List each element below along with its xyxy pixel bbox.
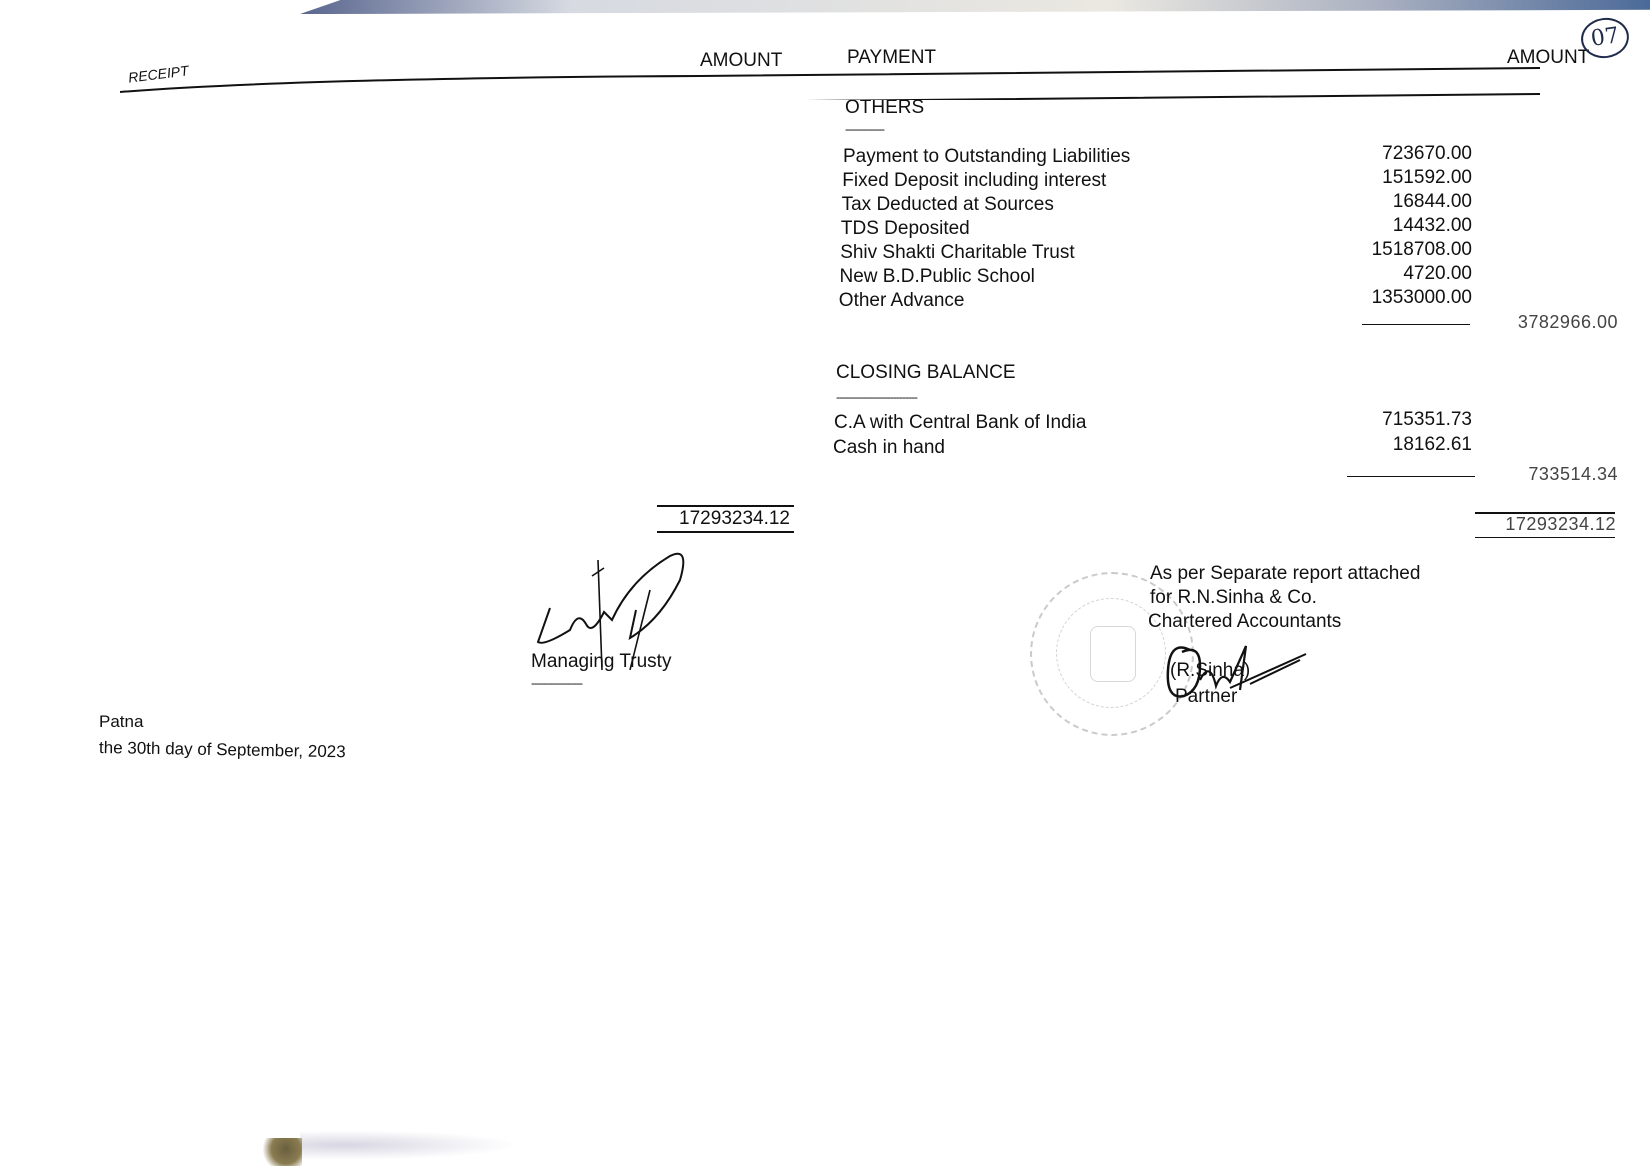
payment-grand-total: 17293234.12: [1480, 514, 1616, 535]
others-title: OTHERS: [845, 97, 924, 119]
auditor-signature: [1160, 630, 1310, 720]
auditor-firm-name: for R.N.Sinha & Co.: [1150, 587, 1317, 609]
date: the 30th day of September, 2023: [99, 738, 346, 762]
payment-amount-header: AMOUNT: [1507, 47, 1589, 69]
payment-total-bottom-rule: [1475, 537, 1615, 538]
item-label: New B.D.Public School: [840, 266, 1035, 288]
header-rules: [0, 30, 1650, 100]
others-subtotal: 3782966.00: [1500, 312, 1618, 333]
auditor-report-line: As per Separate report attached: [1150, 563, 1420, 585]
item-amount: 1518708.00: [1322, 239, 1472, 261]
payment-header: PAYMENT: [847, 47, 936, 69]
receipt-total-top-rule: [657, 505, 794, 507]
place: Patna: [99, 712, 143, 732]
photo-artifact: [262, 1138, 302, 1166]
closing-balance-title: CLOSING BALANCE: [836, 362, 1016, 384]
item-label: TDS Deposited: [841, 218, 970, 240]
others-underline: -------------: [845, 122, 884, 136]
photo-shadow: [300, 1130, 520, 1160]
item-amount: 16844.00: [1322, 191, 1472, 213]
item-label: Cash in hand: [833, 437, 945, 459]
item-label: Payment to Outstanding Liabilities: [843, 146, 1130, 168]
others-subtotal-rule: [1362, 324, 1470, 325]
item-amount: 715351.73: [1322, 409, 1472, 431]
item-label: Other Advance: [839, 290, 965, 312]
item-amount: 151592.00: [1322, 167, 1472, 189]
managing-trusty-label: Managing Trusty: [531, 651, 671, 673]
closing-subtotal: 733514.34: [1500, 464, 1618, 485]
item-amount: 4720.00: [1322, 263, 1472, 285]
item-amount: 723670.00: [1322, 143, 1472, 165]
item-label: Tax Deducted at Sources: [842, 194, 1054, 216]
closing-balance-underline: ---------------------------: [836, 390, 917, 404]
receipt-amount-header: AMOUNT: [700, 50, 782, 72]
receipt-total: 17293234.12: [657, 508, 790, 530]
item-label: Shiv Shakti Charitable Trust: [840, 242, 1074, 264]
photo-edge: [300, 0, 1650, 14]
closing-subtotal-rule: [1347, 476, 1475, 477]
receipt-total-bottom-rule: [657, 531, 794, 533]
item-label: C.A with Central Bank of India: [834, 412, 1086, 434]
item-amount: 14432.00: [1322, 215, 1472, 237]
managing-trusty-underline: -----------------: [531, 676, 582, 690]
item-label: Fixed Deposit including interest: [842, 170, 1106, 192]
item-amount: 18162.61: [1322, 434, 1472, 456]
item-amount: 1353000.00: [1322, 287, 1472, 309]
